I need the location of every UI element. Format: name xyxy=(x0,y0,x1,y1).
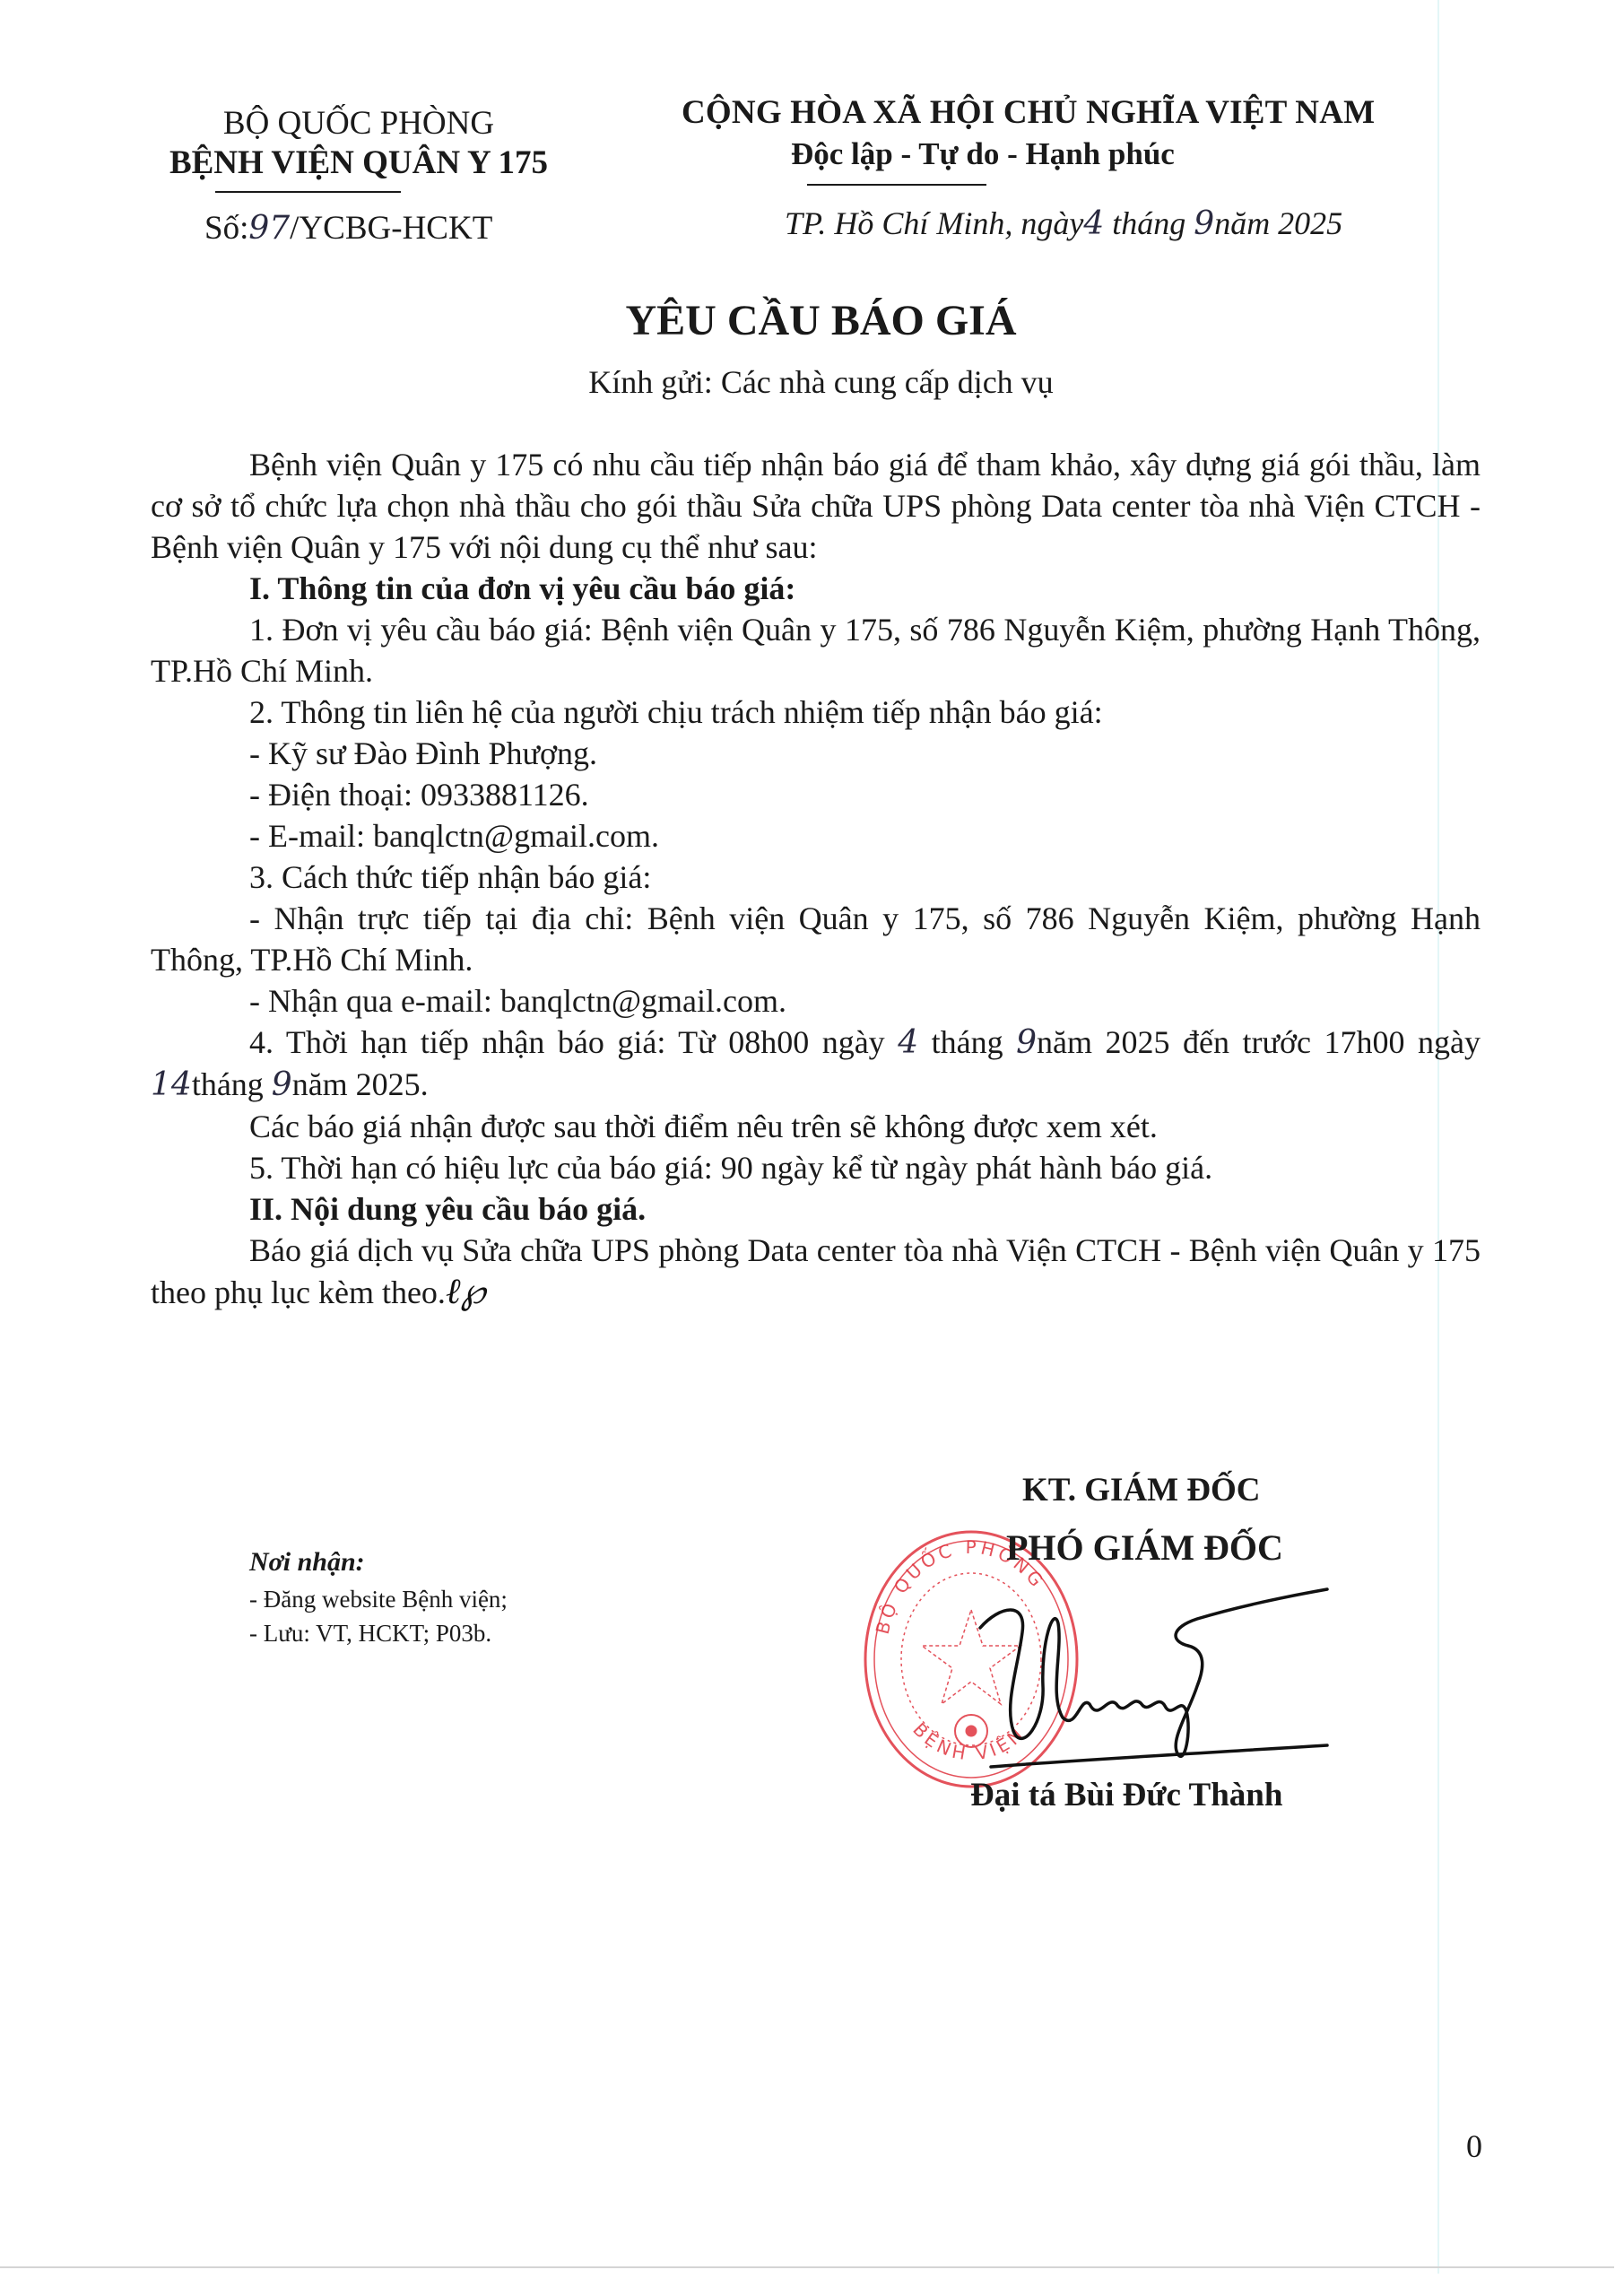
date-month-label: tháng xyxy=(1104,205,1194,241)
document-number: Số:97/YCBG-HCKT xyxy=(204,209,492,248)
item4-text-1: 4. Thời hạn tiếp nhận báo giá: Từ 08h00 … xyxy=(249,1024,898,1060)
document-number-prefix: Số: xyxy=(204,210,248,247)
page-number: 0 xyxy=(1466,2127,1482,2165)
section-1-item-5: 5. Thời hạn có hiệu lực của báo giá: 90 … xyxy=(151,1147,1481,1188)
item4-day-to: 14 xyxy=(151,1066,192,1103)
date-prefix: TP. Hồ Chí Minh, ngày xyxy=(785,205,1083,241)
national-motto: Độc lập - Tự do - Hạnh phúc xyxy=(791,136,1175,172)
contact-name: - Kỹ sư Đào Đình Phượng. xyxy=(151,733,1481,774)
section-2-heading: II. Nội dung yêu cầu báo giá. xyxy=(151,1188,1481,1230)
hospital-name: BỆNH VIỆN QUÂN Y 175 xyxy=(135,143,583,182)
recipient-item: - Lưu: VT, HCKT; P03b. xyxy=(249,1620,491,1648)
signer-title: PHÓ GIÁM ĐỐC xyxy=(1006,1526,1283,1569)
section-1-item-1: 1. Đơn vị yêu cầu báo giá: Bệnh viện Quâ… xyxy=(151,609,1481,691)
item4-text-5: năm 2025. xyxy=(292,1066,429,1102)
recipient-item: - Đăng website Bệnh viện; xyxy=(249,1586,508,1613)
date-month-handwritten: 9 xyxy=(1194,205,1214,242)
section-2-text: Báo giá dịch vụ Sửa chữa UPS phòng Data … xyxy=(151,1232,1481,1310)
ministry-name: BỘ QUỐC PHÒNG xyxy=(135,104,583,143)
item4-text-2: tháng xyxy=(918,1024,1016,1060)
signer-name: Đại tá Bùi Đức Thành xyxy=(970,1776,1282,1814)
section-1-heading: I. Thông tin của đơn vị yêu cầu báo giá: xyxy=(151,568,1481,609)
document-number-handwritten: 97 xyxy=(248,210,290,247)
contact-email: - E-mail: banqlctn@gmail.com. xyxy=(151,815,1481,857)
item4-text-3: năm 2025 đến trước 17h00 ngày xyxy=(1037,1024,1481,1060)
section-1-item-2: 2. Thông tin liên hệ của người chịu trác… xyxy=(151,691,1481,733)
date-year-label: năm 2025 xyxy=(1214,205,1342,241)
date-day-handwritten: 4 xyxy=(1083,205,1104,242)
intro-paragraph: Bệnh viện Quân y 175 có nhu cầu tiếp nhậ… xyxy=(151,444,1481,568)
document-title: YÊU CẦU BÁO GIÁ xyxy=(0,296,1624,345)
item4-text-4: tháng xyxy=(192,1066,272,1102)
document-number-suffix: /YCBG-HCKT xyxy=(290,210,492,247)
signer-title-on-behalf: KT. GIÁM ĐỐC xyxy=(1022,1471,1261,1509)
receive-email: - Nhận qua e-mail: banqlctn@gmail.com. xyxy=(151,980,1481,1022)
page-bottom-rule xyxy=(0,2266,1614,2268)
section-2-content: Báo giá dịch vụ Sửa chữa UPS phòng Data … xyxy=(151,1230,1481,1313)
item4-day-from: 4 xyxy=(898,1024,918,1061)
hospital-underline xyxy=(215,191,401,193)
recipients-heading: Nơi nhận: xyxy=(249,1547,365,1578)
motto-underline xyxy=(807,184,986,186)
item4-month-to: 9 xyxy=(272,1066,292,1103)
document-addressee: Kính gửi: Các nhà cung cấp dịch vụ xyxy=(0,363,1624,401)
handwritten-signature-icon xyxy=(973,1587,1332,1776)
country-name: CỘNG HÒA XÃ HỘI CHỦ NGHĨA VIỆT NAM xyxy=(682,93,1375,132)
document-body: Bệnh viện Quân y 175 có nhu cầu tiếp nhậ… xyxy=(151,444,1481,1313)
receive-direct: - Nhận trực tiếp tại địa chỉ: Bệnh viện … xyxy=(151,898,1481,980)
section-1-item-3: 3. Cách thức tiếp nhận báo giá: xyxy=(151,857,1481,898)
document-date: TP. Hồ Chí Minh, ngày4 tháng 9năm 2025 xyxy=(785,204,1342,242)
late-submission-note: Các báo giá nhận được sau thời điểm nêu … xyxy=(151,1106,1481,1147)
section-1-item-4: 4. Thời hạn tiếp nhận báo giá: Từ 08h00 … xyxy=(151,1022,1481,1106)
item4-month-from: 9 xyxy=(1016,1024,1037,1061)
handwritten-initials: ℓ℘ xyxy=(446,1271,486,1312)
contact-phone: - Điện thoại: 0933881126. xyxy=(151,774,1481,815)
